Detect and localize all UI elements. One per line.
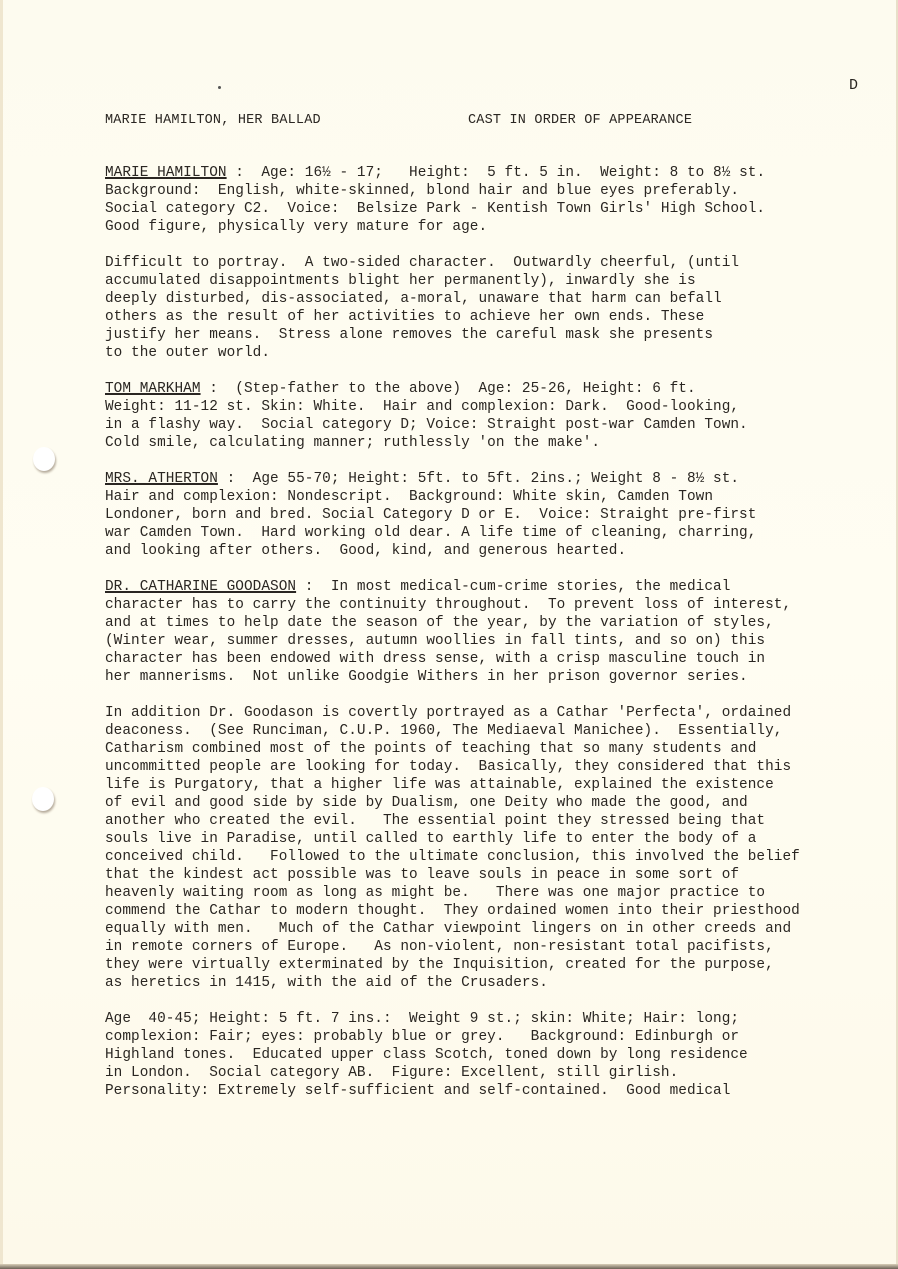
document-subtitle: CAST IN ORDER OF APPEARANCE [468,113,692,128]
page-left-edge [0,0,3,1269]
punch-hole-icon [33,447,55,471]
text-line: deeply disturbed, dis-associated, a-mora… [105,291,722,307]
character-entry-mrs-atherton: MRS. ATHERTON : Age 55-70; Height: 5ft. … [105,470,825,560]
text-line: equally with men. Much of the Cathar vie… [105,921,791,937]
text-line: as heretics in 1415, with the aid of the… [105,975,548,991]
document-title: MARIE HAMILTON, HER BALLAD [105,113,321,128]
text-line: they were virtually exterminated by the … [105,957,774,973]
character-name: TOM MARKHAM [105,381,201,397]
goodason-physical-details: Age 40-45; Height: 5 ft. 7 ins.: Weight … [105,1010,825,1100]
text-line: justify her means. Stress alone removes … [105,327,713,343]
text-line: in a flashy way. Social category D; Voic… [105,417,748,433]
character-entry-tom-markham: TOM MARKHAM : (Step-father to the above)… [105,380,825,452]
text-line: another who created the evil. The essent… [105,813,765,829]
text-line: uncommitted people are looking for today… [105,759,791,775]
text-line: Difficult to portray. A two-sided charac… [105,255,739,271]
text-line: In addition Dr. Goodason is covertly por… [105,705,791,721]
text-line: life is Purgatory, that a higher life wa… [105,777,774,793]
page-marker: D [849,77,858,94]
text-line: : Age 55-70; Height: 5ft. to 5ft. 2ins.;… [218,471,739,487]
text-line: deaconess. (See Runciman, C.U.P. 1960, T… [105,723,783,739]
text-line: Cold smile, calculating manner; ruthless… [105,435,600,451]
text-line: Social category C2. Voice: Belsize Park … [105,201,765,217]
text-line: war Camden Town. Hard working old dear. … [105,525,756,541]
text-line: character has to carry the continuity th… [105,597,791,613]
text-line: commend the Cathar to modern thought. Th… [105,903,800,919]
character-name: MRS. ATHERTON [105,471,218,487]
cast-list: MARIE HAMILTON : Age: 16½ - 17; Height: … [105,164,825,1118]
text-line: Hair and complexion: Nondescript. Backgr… [105,489,713,505]
character-entry-marie-hamilton: MARIE HAMILTON : Age: 16½ - 17; Height: … [105,164,825,236]
text-line: others as the result of her activities t… [105,309,704,325]
text-line: Weight: 11-12 st. Skin: White. Hair and … [105,399,739,415]
typed-page: D MARIE HAMILTON, HER BALLAD CAST IN ORD… [0,0,898,1269]
text-line: Londoner, born and bred. Social Category… [105,507,756,523]
text-line: : In most medical-cum-crime stories, the… [296,579,730,595]
text-line: and at times to help date the season of … [105,615,774,631]
text-line: of evil and good side by side by Dualism… [105,795,748,811]
punch-hole-icon [32,787,54,811]
text-line: in London. Social category AB. Figure: E… [105,1065,678,1081]
text-line: Personality: Extremely self-sufficient a… [105,1083,730,1099]
text-line: Catharism combined most of the points of… [105,741,756,757]
text-line: souls live in Paradise, until called to … [105,831,756,847]
text-line: character has been endowed with dress se… [105,651,765,667]
text-line: Highland tones. Educated upper class Sco… [105,1047,748,1063]
character-name: MARIE HAMILTON [105,165,227,181]
text-line: Age 40-45; Height: 5 ft. 7 ins.: Weight … [105,1011,739,1027]
text-line: in remote corners of Europe. As non-viol… [105,939,774,955]
text-line: Background: English, white-skinned, blon… [105,183,739,199]
text-line: (Winter wear, summer dresses, autumn woo… [105,633,765,649]
ink-speck [218,86,221,89]
text-line: heavenly waiting room as long as might b… [105,885,765,901]
text-line: conceived child. Followed to the ultimat… [105,849,800,865]
character-name: DR. CATHARINE GOODASON [105,579,296,595]
text-line: that the kindest act possible was to lea… [105,867,739,883]
page-bottom-edge [0,1264,898,1269]
text-line: and looking after others. Good, kind, an… [105,543,626,559]
character-entry-dr-goodason: DR. CATHARINE GOODASON : In most medical… [105,578,825,686]
text-line: complexion: Fair; eyes: probably blue or… [105,1029,739,1045]
text-line: Good figure, physically very mature for … [105,219,487,235]
text-line: : (Step-father to the above) Age: 25-26,… [201,381,696,397]
page-header: MARIE HAMILTON, HER BALLAD CAST IN ORDER… [105,113,321,128]
text-line: accumulated disappointments blight her p… [105,273,696,289]
text-line: : Age: 16½ - 17; Height: 5 ft. 5 in. Wei… [227,165,766,181]
cathar-background-paragraph: In addition Dr. Goodason is covertly por… [105,704,825,992]
text-line: her mannerisms. Not unlike Goodgie Withe… [105,669,748,685]
character-description: Difficult to portray. A two-sided charac… [105,254,825,362]
text-line: to the outer world. [105,345,270,361]
